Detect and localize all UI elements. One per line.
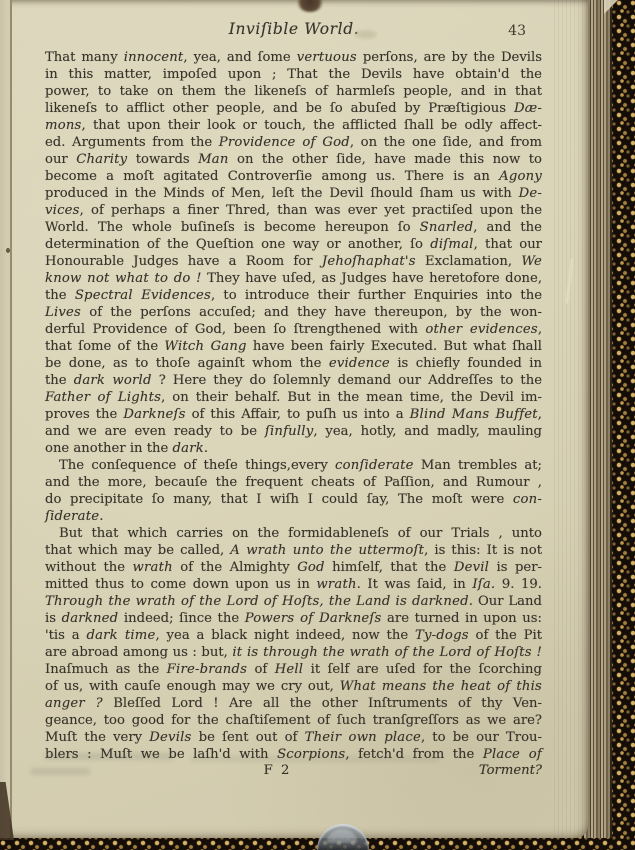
text-line: proves the Darkneſs of this Affair, to p…: [45, 406, 542, 423]
text-line: one another in the dark.: [45, 440, 542, 457]
book-photo: Inviſible World. 43 That many innocent, …: [0, 0, 635, 850]
text-line: anger ? Bleſſed Lord ! Are all the other…: [45, 695, 542, 712]
show-through-smudge: [190, 756, 440, 762]
book-page: Inviſible World. 43 That many innocent, …: [0, 0, 588, 838]
text-line: that ſome of the Witch Gang have been fa…: [45, 338, 542, 355]
page-header: Inviſible World. 43: [0, 20, 588, 46]
text-line: be done, as to thoſe againſt whom the ev…: [45, 355, 542, 372]
running-title: Inviſible World.: [0, 20, 588, 38]
text-line: vices, of perhaps a finer Thred, than wa…: [45, 202, 542, 219]
text-line: World. The whole buſineſs is become here…: [45, 219, 542, 236]
text-line: That many innocent, yea, and ſome vertuo…: [45, 49, 542, 66]
signature-mark: F 2: [264, 763, 292, 778]
text-line: our Charity towards Man on the other ſid…: [45, 151, 542, 168]
text-line: But that which carries on the formidable…: [45, 525, 542, 542]
text-line: in this matter, impoſed upon ; That the …: [45, 66, 542, 83]
catchword: Torment?: [479, 763, 542, 778]
page-number: 43: [508, 23, 526, 39]
text-line: power, to take on them the likeneſs of h…: [45, 83, 542, 100]
text-line: Lives of the perſons accuſed; and they h…: [45, 304, 542, 321]
text-line: mitted thus to come down upon us in wrat…: [45, 576, 542, 593]
text-line: 'tis a dark time, yea a black night inde…: [45, 627, 542, 644]
text-line: likeneſs to afflict other people, and be…: [45, 100, 542, 117]
text-line: and the more, becauſe the frequent cheat…: [45, 474, 542, 491]
text-line: without the wrath of the Almighty God hi…: [45, 559, 542, 576]
text-line: is darkned indeed; ſince the Powers of D…: [45, 610, 542, 627]
text-line: are abroad among us : but, it is through…: [45, 644, 542, 661]
text-line: that which may be called, A wrath unto t…: [45, 542, 542, 559]
text-line: Father of Lights, on their behalf. But i…: [45, 389, 542, 406]
text-line: derful Providence of God, been ſo ſtreng…: [45, 321, 542, 338]
text-line: of us, with cauſe enough may we cry out,…: [45, 678, 542, 695]
text-line: mons, that upon their look or touch, the…: [45, 117, 542, 134]
text-line: produced in the Minds of Men, leſt the D…: [45, 185, 542, 202]
text-line: the Spectral Evidences, to introduce the…: [45, 287, 542, 304]
page-body: That many innocent, yea, and ſome vertuo…: [45, 49, 542, 763]
text-line: The conſequence of theſe things,every co…: [45, 457, 542, 474]
text-line: become a moſt agitated Controverſie amon…: [45, 168, 542, 185]
text-line: geance, too good for the chaſtiſement of…: [45, 712, 542, 729]
text-line: ſiderate.: [45, 508, 542, 525]
text-line: determination of the Queſtion one way or…: [45, 236, 542, 253]
show-through-smudge: [44, 753, 174, 760]
text-line: Inaſmuch as the Fire-brands of Hell it ſ…: [45, 661, 542, 678]
paper-stain: [355, 30, 377, 39]
text-line: Through the wrath of the Lord of Hoſts, …: [45, 593, 542, 610]
text-line: ed. Arguments from the Providence of God…: [45, 134, 542, 151]
text-line: do precipitate ſo many, that I wiſh I co…: [45, 491, 542, 508]
text-line: Honourable Judges have a Room for Jehoſh…: [45, 253, 542, 270]
text-line: Muſt the very Devils be ſent out of Thei…: [45, 729, 542, 746]
page-content: Inviſible World. 43 That many innocent, …: [0, 0, 588, 838]
text-line: know not what to do ! They have uſed, as…: [45, 270, 542, 287]
text-line: the dark world ? Here they do ſolemnly d…: [45, 372, 542, 389]
fore-edge-page-stripes: [584, 0, 612, 838]
text-line: and we are even ready to be ſinfully, ye…: [45, 423, 542, 440]
show-through-smudge: [30, 768, 90, 775]
ink-speck: [6, 248, 10, 253]
page-footer: F 2 Torment?: [45, 763, 542, 780]
